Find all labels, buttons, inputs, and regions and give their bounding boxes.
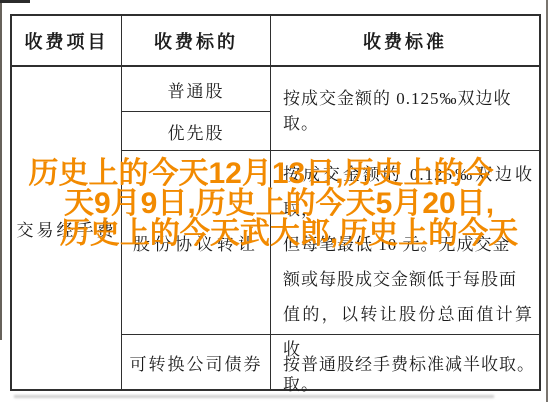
cell-target-common-stock: 普通股 <box>121 65 270 111</box>
header-fee-item: 收费项目 <box>12 16 121 65</box>
header-fee-target: 收费标的 <box>121 16 270 65</box>
scan-edge-right <box>546 0 548 402</box>
cell-fee-item-transaction-handling-fee: 交易经手费 <box>12 65 121 389</box>
cell-standard-common-preferred: 按成交金额的 0.125‰双边收取。 <box>270 65 539 150</box>
cell-target-convertible-bond: 可转换公司债券 <box>121 334 270 389</box>
cell-standard-agreement-transfer: 按成交金额的 0.125‰双边收取， 但每笔最低 10 元。无成交金 额或每股成… <box>270 150 539 334</box>
scan-edge-left <box>0 0 2 340</box>
fee-schedule-table: 收费项目 收费标的 收费标准 交易经手费 普通股 优先股 按成交金额的 0.12… <box>10 14 541 391</box>
cell-standard-convertible-bond: 按普通股经手费标准减半收取。 <box>270 334 539 389</box>
cell-target-preferred-stock: 优先股 <box>121 111 270 150</box>
cell-target-agreement-transfer: 股份协议转让 <box>121 150 270 334</box>
header-fee-standard: 收费标准 <box>270 16 539 65</box>
scanned-document-page: 收费项目 收费标的 收费标准 交易经手费 普通股 优先股 按成交金额的 0.12… <box>0 0 550 402</box>
scan-smudge-top-left <box>0 0 30 3</box>
